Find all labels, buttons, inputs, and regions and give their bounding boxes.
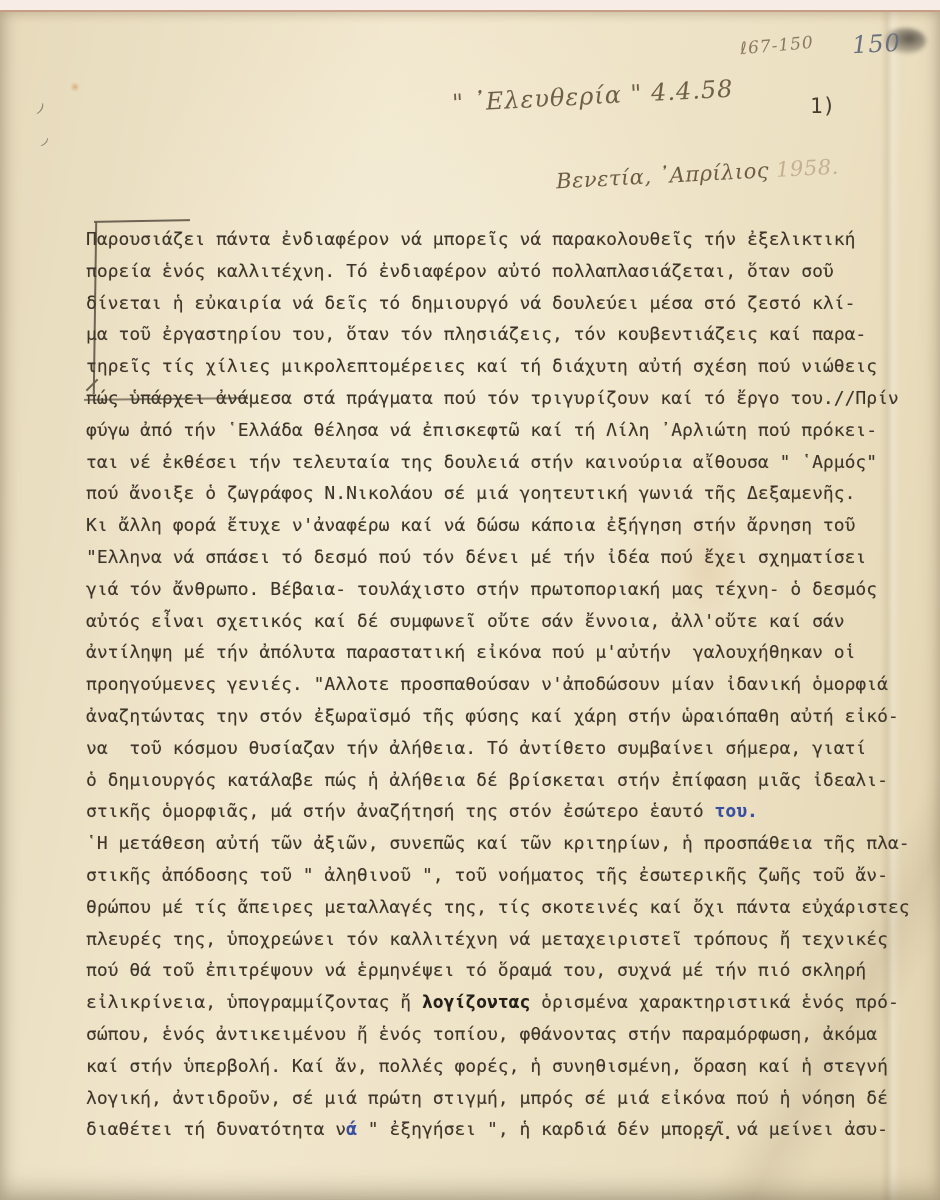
typescript-line: λογική, ἀντιδροῦν, σέ μιά πρώτη στιγμή, … [86, 1083, 916, 1115]
catalog-code-annotation: ℓ67-150 [739, 33, 814, 59]
typescript-line: φύγω ἀπό τήν ῾Ελλάδα θέλησα νά ἐπισκεφτῶ… [86, 415, 916, 447]
typescript-line: σώπου, ἑνός ἀντικειμένου ἤ ἑνός τοπίου, … [86, 1019, 916, 1051]
typescript-line: γιά τόν ἄνθρωπο. Βέβαια- τουλάχιστο στήν… [86, 574, 916, 606]
dateline-place-month: Βενετία, ᾽Απρίλιος [556, 158, 777, 193]
page-stamp-annotation: 150 [851, 29, 901, 60]
typescript-line: Παρουσιάζει πάντα ἐνδιαφέρον νά μπορεῖς … [86, 224, 916, 256]
dateline-annotation: Βενετία, ᾽Απρίλιος 1958. [556, 155, 840, 194]
typescript-line: ὁ δημιουργός κατάλαβε πώς ἡ ἀλήθεια δέ β… [86, 765, 916, 797]
typescript-line: ἀντίληψη μέ τήν ἀπόλυτα παραστατική εἰκό… [86, 637, 916, 669]
typescript-line: πού θά τοῦ ἐπιτρέψουν νά ἑρμηνέψει τό ὅρ… [86, 955, 916, 987]
typescript-line: να τοῦ κόσμου θυσίαζαν τήν ἀλήθεια. Τό ἀ… [86, 733, 916, 765]
dateline-year: 1958. [776, 155, 840, 182]
publication-note-annotation: " ᾽Ελευθερία " 4.4.58 [451, 75, 734, 118]
typescript-line: Κι ἄλλη φορά ἔτυχε ν'ἀναφέρω καί νά δώσω… [86, 510, 916, 542]
typescript-line: ται νέ ἐκθέσει τήν τελευταία της δουλειά… [86, 447, 916, 479]
typescript-line: τηρεῖς τίς χίλιες μικρολεπτομέρειες καί … [86, 351, 916, 383]
pencil-margin-mark: ) [35, 101, 47, 118]
typescript-line: δίνεται ἡ εὐκαιρία νά δεῖς τό δημιουργό … [86, 288, 916, 320]
typescript-line: διαθέτει τή δυνατότητα νά " ἐξηγήσει ", … [86, 1114, 916, 1146]
typescript-line: πορεία ἑνός καλλιτέχνη. Τό ἐνδιαφέρον αὐ… [86, 256, 916, 288]
typescript-line: πλευρές της, ὑποχρεώνει τόν καλλιτέχνη ν… [86, 924, 916, 956]
typescript-line: ἀναζητώντας την στόν ἐξωραϊσμό τῆς φύσης… [86, 701, 916, 733]
typescript-line: πού ἄνοιξε ὁ ζωγράφος Ν.Νικολάου σέ μιά … [86, 478, 916, 510]
typescript-sheet: ℓ67-150 150 " ᾽Ελευθερία " 4.4.58 1) Βεν… [0, 10, 940, 1200]
continuation-mark: ./. [695, 1122, 735, 1144]
typescript-line: ῾Η μετάθεση αὐτή τῶν ἀξιῶν, συνεπῶς καί … [86, 828, 916, 860]
scanned-page: ℓ67-150 150 " ᾽Ελευθερία " 4.4.58 1) Βεν… [0, 0, 940, 1200]
typescript-line: "Ελληνα νά σπάσει τό δεσμό πού τόν δένει… [86, 542, 916, 574]
pencil-margin-mark: ) [39, 135, 51, 150]
typescript-line: εἰλικρίνεια, ὑπογραμμίζοντας ἤ λογίζοντα… [86, 987, 916, 1019]
typescript-line: θρώπου μέ τίς ἄπειρες μεταλλαγές της, τί… [86, 892, 916, 924]
pencil-bracket-top [94, 219, 190, 223]
typescript-line: μα τοῦ ἐργαστηρίου του, ὅταν τόν πλησιάζ… [86, 319, 916, 351]
typescript-line: καί στήν ὑπερβολή. Καί ἄν, πολλές φορές,… [86, 1051, 916, 1083]
typescript-line: προηγούμενες γενιές. "Αλλοτε προσπαθούσα… [86, 669, 916, 701]
typescript-line: στικῆς ἀπόδοσης τοῦ " ἀληθινοῦ ", τοῦ νο… [86, 860, 916, 892]
typescript-line: αὐτός εἶναι σχετικός καί δέ συμφωνεῖ οὔτ… [86, 606, 916, 638]
typed-page-marker: 1) [810, 94, 835, 118]
typescript-line: στικῆς ὁμορφιᾶς, μά στήν ἀναζήτησή της σ… [86, 796, 916, 828]
typescript-body: Παρουσιάζει πάντα ἐνδιαφέρον νά μπορεῖς … [86, 224, 916, 1146]
typescript-line: πώς ὑπάρχει ἀνάμεσα στά πράγματα πού τόν… [86, 383, 916, 415]
